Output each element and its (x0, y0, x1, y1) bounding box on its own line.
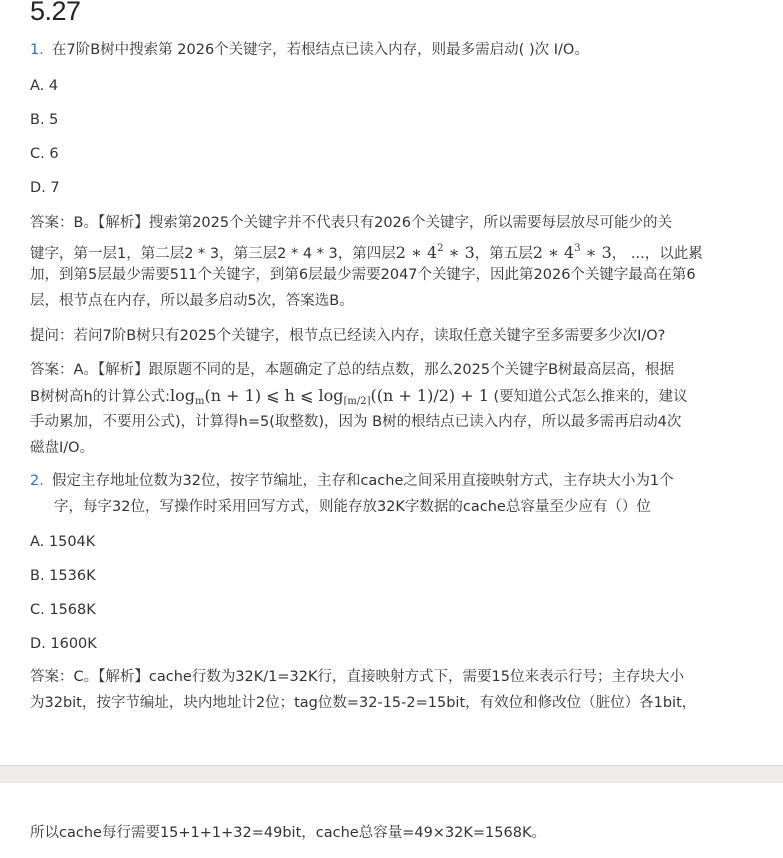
height-formula: logm(n + 1) ⩽ h ⩽ log⌈m/2⌉((n + 1)/2) + … (170, 386, 489, 405)
math-expression: 2 ∗ 43 ∗ 3 (533, 243, 612, 262)
question-number: 1. (30, 37, 52, 63)
followup-answer-line: 手动累加，不要用公式)，计算得h=5(取整数)，因为 B树的根结点已读入内存，所… (30, 409, 681, 435)
question-text: 在7阶B树中搜索第 2026个关键字，若根结点已读入内存，则最多需启动( )次 … (52, 42, 589, 58)
question-text-cont: 字，每字32位，写操作时采用回写方式，则能存放32K字数据的cache总容量至少… (54, 494, 651, 520)
followup-answer-line: 答案：A。【解析】跟原题不同的是，本题确定了总的结点数，那么2025个关键字B树… (30, 357, 674, 383)
page-2: 所以cache每行需要15+1+1+32=49bit，cache总容量=49×3… (0, 783, 783, 858)
page-break (0, 765, 783, 784)
answer-text: (要知道公式怎么推来的，建议 (494, 389, 688, 405)
answer-line: 为32bit，按字节编址，块内地址计2位；tag位数=32-15-2=15bit… (30, 690, 696, 716)
page-title: 5.27 (30, 0, 81, 27)
question-2: 2.假定主存地址位数为32位，按字节编址，主存和cache之间采用直接映射方式，… (30, 468, 674, 494)
math-expression: 2 ∗ 42 ∗ 3 (396, 243, 475, 262)
option-c: C. 6 (30, 141, 59, 167)
answer-text: ， ...，以此累 (612, 246, 703, 262)
answer-text: 键字，第一层1，第二层2 * 3，第三层2 * 4 * 3，第四层 (30, 246, 396, 262)
answer-line: 加，到第5层最少需要511个关键字，到第6层最少需要2047个关键字，因此第20… (30, 262, 696, 288)
question-number: 2. (30, 468, 52, 494)
answer-line: 答案：B。【解析】搜索第2025个关键字并不代表只有2026个关键字，所以需要每… (30, 210, 672, 236)
option-d: D. 1600K (30, 631, 97, 657)
option-b: B. 1536K (30, 563, 96, 589)
answer-text: B树树高h的计算公式: (30, 389, 170, 405)
answer-line: 答案：C。【解析】cache行数为32K/1=32K行，直接映射方式下，需要15… (30, 664, 684, 690)
answer-line: 所以cache每行需要15+1+1+32=49bit，cache总容量=49×3… (30, 820, 546, 846)
option-b: B. 5 (30, 107, 58, 133)
followup-question: 提问：若问7阶B树只有2025个关键字，根节点已经读入内存，读取任意关键字至多需… (30, 323, 665, 349)
followup-answer-line: 磁盘I/O。 (30, 435, 94, 461)
option-a: A. 4 (30, 73, 58, 99)
option-a: A. 1504K (30, 529, 95, 555)
question-1: 1.在7阶B树中搜索第 2026个关键字，若根结点已读入内存，则最多需启动( )… (30, 37, 589, 63)
page-1: 5.27 1.在7阶B树中搜索第 2026个关键字，若根结点已读入内存，则最多需… (0, 0, 783, 765)
option-c: C. 1568K (30, 597, 96, 623)
option-d: D. 7 (30, 175, 60, 201)
question-text: 假定主存地址位数为32位，按字节编址，主存和cache之间采用直接映射方式，主存… (52, 473, 674, 489)
answer-text: ，第五层 (475, 246, 533, 262)
answer-line: 层，根节点在内存，所以最多启动5次，答案选B。 (30, 288, 354, 314)
